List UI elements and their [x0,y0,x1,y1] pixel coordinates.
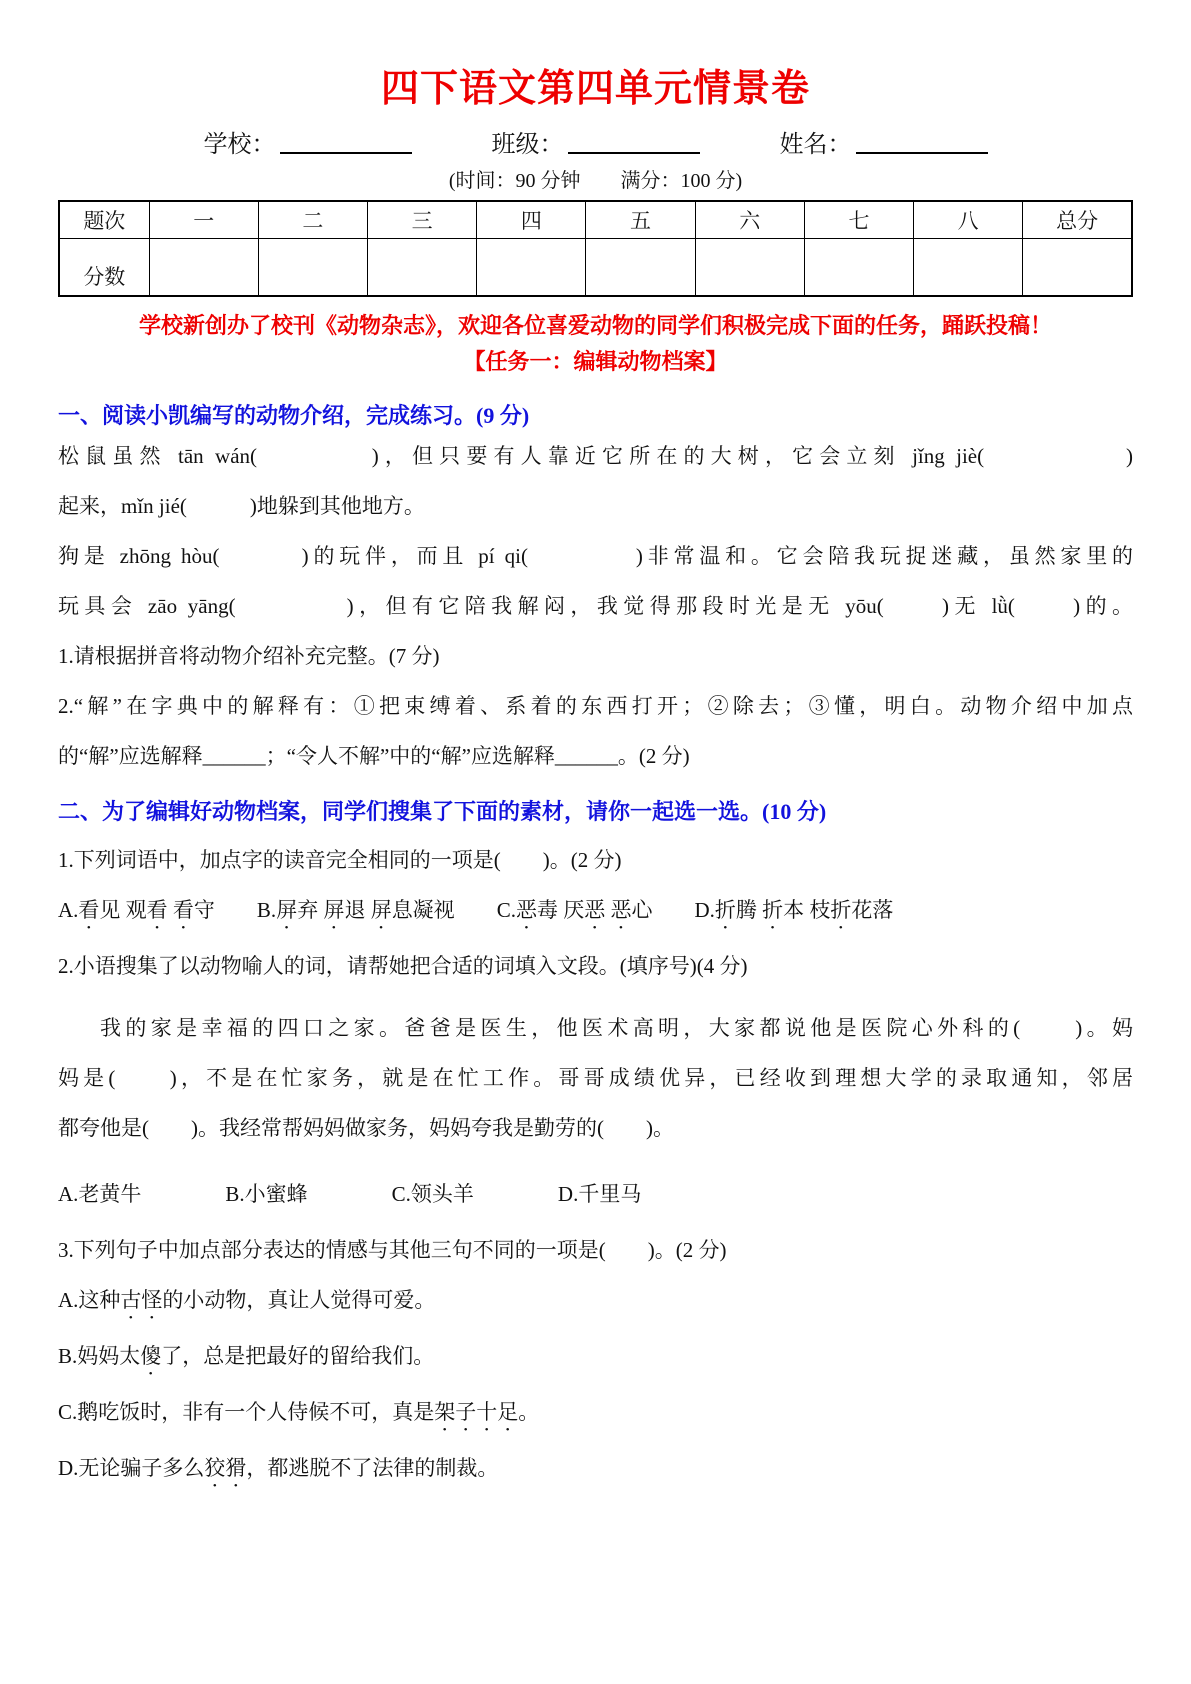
text-run: 花落 [851,898,893,922]
score-table-cell: 六 [695,201,804,239]
section2-question-3-option-a: A.这种古怪的小动物，真让人觉得可爱。 [58,1275,1133,1325]
class-label: 班级： [492,132,564,158]
emphasized-text: 狡猾 [204,1456,246,1480]
emphasized-text: 屏 [323,898,344,922]
emphasized-text: 看 [173,898,194,922]
emphasized-text: 傻 [140,1344,161,1368]
text-run: B.妈妈太 [58,1344,140,1368]
school-label: 学校： [204,132,276,158]
text-run: C. [497,898,516,922]
text-run: 息凝视 [392,898,497,922]
score-table-cell: 五 [586,201,695,239]
emphasized-text: 折 [830,898,851,922]
task1-title: 【任务一：编辑动物档案】 [58,347,1133,377]
text-run: 了，总是把最好的留给我们。 [161,1344,434,1368]
score-table-cell: 二 [258,201,367,239]
text-run: 腾 [736,898,762,922]
text-run: 见 观 [99,898,146,922]
section1-question-1: 1.请根据拼音将动物介绍补充完整。(7 分) [58,631,1133,681]
section1-question-2-line-2: 的“解”应选解释______；“令人不解”中的“解”应选解释______。(2 … [58,731,1133,781]
score-table-empty-cell [804,239,913,297]
text-run: 心 [631,898,694,922]
score-table-cell: 四 [477,201,586,239]
score-table-cell: 一 [149,201,258,239]
notice-text: 学校新创办了校刊《动物杂志》，欢迎各位喜爱动物的同学们积极完成下面的任务，踊跃投… [58,311,1133,341]
emphasized-text: 架子十足 [434,1400,518,1424]
name-field: 姓名： [780,128,988,162]
score-table-empty-cell [586,239,695,297]
score-row-label: 分数 [59,239,149,297]
score-table-empty-cell [695,239,804,297]
text-run: 毒 厌 [537,898,584,922]
section2-question-3-option-d: D.无论骗子多么狡猾，都逃脱不了法律的制裁。 [58,1443,1133,1493]
text-run: B. [257,898,276,922]
emphasized-text: 恶 [584,898,605,922]
emphasized-text: 屏 [371,898,392,922]
text-run: 弃 [297,898,323,922]
score-table-cell: 七 [804,201,913,239]
emphasized-text: 恶 [516,898,537,922]
score-table-empty-cell [914,239,1023,297]
score-table-header-row: 题次一二三四五六七八总分 [59,201,1132,239]
score-table-cell: 三 [368,201,477,239]
exam-page: 四下语文第四单元情景卷 学校： 班级： 姓名： (时间：90 分钟 满分：100… [0,0,1191,1684]
section2-question-3: 3.下列句子中加点部分表达的情感与其他三句不同的一项是( )。(2 分) [58,1225,1133,1275]
score-table-cell: 题次 [59,201,149,239]
text-run: A.这种 [58,1288,120,1312]
score-table-score-row: 分数 [59,239,1132,297]
text-run: ，都逃脱不了法律的制裁。 [246,1456,498,1480]
emphasized-text: 古怪 [120,1288,162,1312]
text-run: A. [58,898,78,922]
emphasized-text: 屏 [276,898,297,922]
school-blank-line [280,128,412,154]
score-table-empty-cell [149,239,258,297]
section2-heading: 二、为了编辑好动物档案，同学们搜集了下面的素材，请你一起选一选。(10 分) [58,797,1133,827]
name-blank-line [856,128,988,154]
text-run: 退 [344,898,370,922]
class-blank-line [568,128,700,154]
text-run: 本 枝 [783,898,830,922]
emphasized-text: 恶 [610,898,631,922]
section2-question-3-option-b: B.妈妈太傻了，总是把最好的留给我们。 [58,1331,1133,1381]
text-run: 守 [194,898,257,922]
passage-line-1: 松鼠虽然 tān wán( )，但只要有人靠近它所在的大树，它会立刻 jǐng … [58,431,1133,481]
passage-line-2: 起来，mǐn jié( )地躲到其他地方。 [58,481,1133,531]
score-table-empty-cell [477,239,586,297]
class-field: 班级： [492,128,700,162]
text-run: 。 [518,1400,539,1424]
section1-question-2-line-1: 2.“解”在字典中的解释有：①把束缚着、系着的东西打开；②除去；③懂，明白。动物… [58,681,1133,731]
section2-question-1-options: A.看见 观看 看守 B.屏弃 屏退 屏息凝视 C.恶毒 厌恶 恶心 D.折腾 … [58,885,1133,935]
page-title: 四下语文第四单元情景卷 [58,66,1133,112]
passage-line-3: 狗是 zhōng hòu( )的玩伴，而且 pí qi( )非常温和。它会陪我玩… [58,531,1133,581]
emphasized-text: 折 [762,898,783,922]
section2-question-3-option-c: C.鹅吃饭时，非有一个人侍候不可，真是架子十足。 [58,1387,1133,1437]
student-info-row: 学校： 班级： 姓名： [58,128,1133,162]
name-label: 姓名： [780,132,852,158]
emphasized-text: 看 [78,898,99,922]
section2-passage-line-3: 都夸他是( )。我经常帮妈妈做家务，妈妈夸我是勤劳的( )。 [58,1103,1133,1153]
text-run: 的小动物，真让人觉得可爱。 [162,1288,435,1312]
score-table: 题次一二三四五六七八总分 分数 [58,200,1133,297]
section2-passage-line-1: 我的家是幸福的四口之家。爸爸是医生，他医术高明，大家都说他是医院心外科的( )。… [58,1003,1133,1053]
section2-passage-line-2: 妈是( )，不是在忙家务，就是在忙工作。哥哥成绩优异，已经收到理想大学的录取通知… [58,1053,1133,1103]
score-table-cell: 八 [914,201,1023,239]
passage-line-4: 玩具会 zāo yāng( )，但有它陪我解闷，我觉得那段时光是无 yōu( )… [58,581,1133,631]
score-table-cell: 总分 [1023,201,1132,239]
text-run: C.鹅吃饭时，非有一个人侍候不可，真是 [58,1400,434,1424]
school-field: 学校： [204,128,412,162]
section2-question-2-options: A.老黄牛 B.小蜜蜂 C.领头羊 D.千里马 [58,1169,1133,1219]
emphasized-text: 看 [147,898,168,922]
score-table-empty-cell [258,239,367,297]
emphasized-text: 折 [715,898,736,922]
score-table-empty-cell [1023,239,1132,297]
section2-question-1: 1.下列词语中，加点字的读音完全相同的一项是( )。(2 分) [58,835,1133,885]
score-table-empty-cell [368,239,477,297]
section2-question-2: 2.小语搜集了以动物喻人的词，请帮她把合适的词填入文段。(填序号)(4 分) [58,941,1133,991]
time-score-line: (时间：90 分钟 满分：100 分) [58,166,1133,196]
section1-heading: 一、阅读小凯编写的动物介绍，完成练习。(9 分) [58,401,1133,431]
text-run: D. [694,898,714,922]
text-run: D.无论骗子多么 [58,1456,204,1480]
